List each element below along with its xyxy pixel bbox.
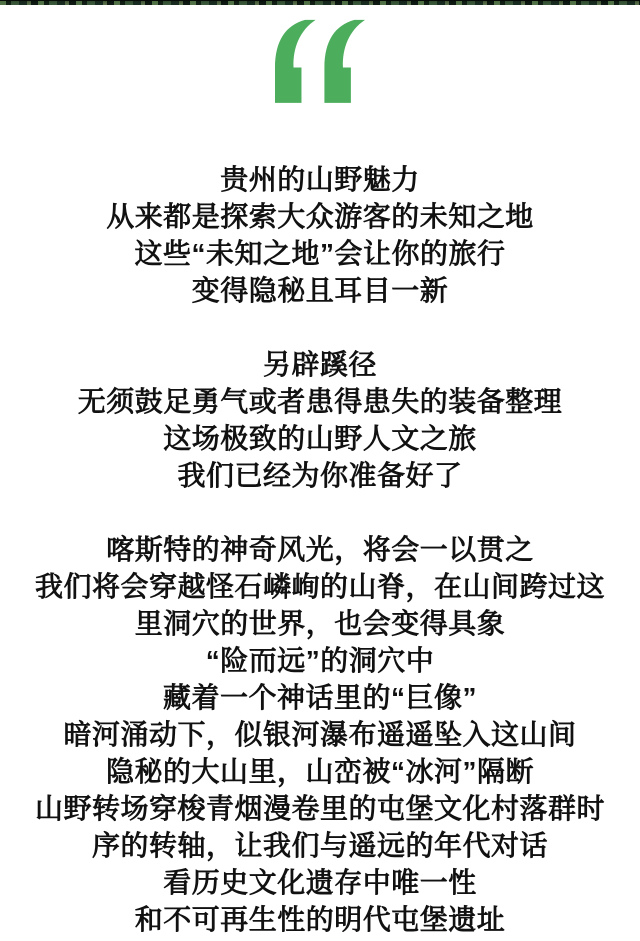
paragraph: 贵州的山野魅力从来都是探索大众游客的未知之地这些“未知之地”会让你的旅行变得隐秘…: [0, 161, 640, 309]
text-line: 隐秘的大山里，山峦被“冰河”隔断: [0, 753, 640, 790]
text-line: 这些“未知之地”会让你的旅行: [0, 235, 640, 272]
text-line: 无须鼓足勇气或者患得患失的装备整理: [0, 383, 640, 420]
text-line: 看历史文化遗存中唯一性: [0, 864, 640, 901]
paragraph: 喀斯特的神奇风光，将会一以贯之我们将会穿越怪石嶙峋的山脊，在山间跨过这里洞穴的世…: [0, 531, 640, 938]
text-line: 贵州的山野魅力: [0, 161, 640, 198]
text-line: 这场极致的山野人文之旅: [0, 420, 640, 457]
text-line: 里洞穴的世界，也会变得具象: [0, 605, 640, 642]
text-line: 和不可再生性的明代屯堡遗址: [0, 901, 640, 938]
text-line: 我们已经为你准备好了: [0, 457, 640, 494]
text-line: 山野转场穿梭青烟漫卷里的屯堡文化村落群时: [0, 790, 640, 827]
text-line: 喀斯特的神奇风光，将会一以贯之: [0, 531, 640, 568]
article-body: 贵州的山野魅力从来都是探索大众游客的未知之地这些“未知之地”会让你的旅行变得隐秘…: [0, 161, 640, 938]
text-line: 暗河涌动下，似银河瀑布遥遥坠入这山间: [0, 716, 640, 753]
text-line: 藏着一个神话里的“巨像”: [0, 679, 640, 716]
paragraph: 另辟蹊径无须鼓足勇气或者患得患失的装备整理这场极致的山野人文之旅我们已经为你准备…: [0, 346, 640, 494]
text-line: 另辟蹊径: [0, 346, 640, 383]
text-line: “险而远”的洞穴中: [0, 642, 640, 679]
article-page: 贵州的山野魅力从来都是探索大众游客的未知之地这些“未知之地”会让你的旅行变得隐秘…: [0, 0, 640, 941]
text-line: 序的转轴，让我们与遥远的年代对话: [0, 827, 640, 864]
open-double-quote-icon: [0, 18, 640, 103]
text-line: 变得隐秘且耳目一新: [0, 272, 640, 309]
text-line: 从来都是探索大众游客的未知之地: [0, 198, 640, 235]
photo-bottom-edge: [0, 0, 640, 5]
text-line: 我们将会穿越怪石嶙峋的山脊，在山间跨过这: [0, 568, 640, 605]
